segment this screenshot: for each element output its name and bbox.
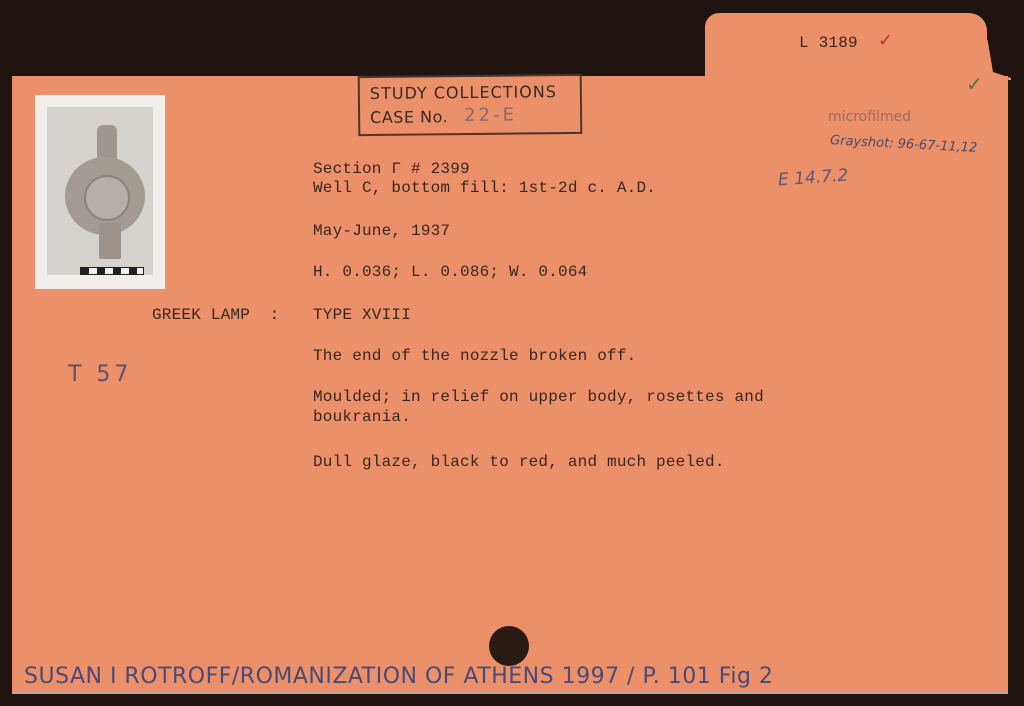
stamp-case-label: CASE No. [370, 107, 448, 127]
catalog-number: L 3189 [799, 33, 858, 53]
photo-image [47, 107, 153, 275]
date-line: May-June, 1937 [313, 221, 450, 241]
dimensions-line: H. 0.036; L. 0.086; W. 0.064 [313, 262, 587, 282]
lamp-nozzle-shape [99, 223, 121, 259]
section-line: Section Γ # 2399 [313, 159, 470, 179]
stamp-case-value: 22-E [464, 105, 517, 127]
red-check-icon: ✓ [878, 30, 893, 51]
object-type: TYPE XVIII [313, 305, 411, 325]
context-line: Well C, bottom fill: 1st-2d c. A.D. [313, 178, 656, 198]
punch-hole [489, 626, 529, 666]
description-line-2: Moulded; in relief on upper body, rosett… [313, 387, 764, 427]
scale-bar [80, 267, 144, 275]
description-line-1: The end of the nozzle broken off. [313, 346, 636, 366]
bibliography-note: SUSAN I ROTROFF/ROMANIZATION OF ATHENS 1… [24, 664, 773, 689]
green-check-icon: ✓ [966, 72, 983, 96]
lamp-discus-shape [84, 175, 130, 221]
microfilmed-stamp: microfilmed [828, 109, 911, 125]
lamp-photograph [35, 95, 165, 289]
object-label: GREEK LAMP : [152, 305, 279, 325]
stamp-title: STUDY COLLECTIONS [370, 82, 557, 103]
type-note: T 57 [68, 362, 132, 387]
study-collections-stamp: STUDY COLLECTIONS CASE No. 22-E [358, 74, 583, 136]
description-line-3: Dull glaze, black to red, and much peele… [313, 452, 725, 472]
